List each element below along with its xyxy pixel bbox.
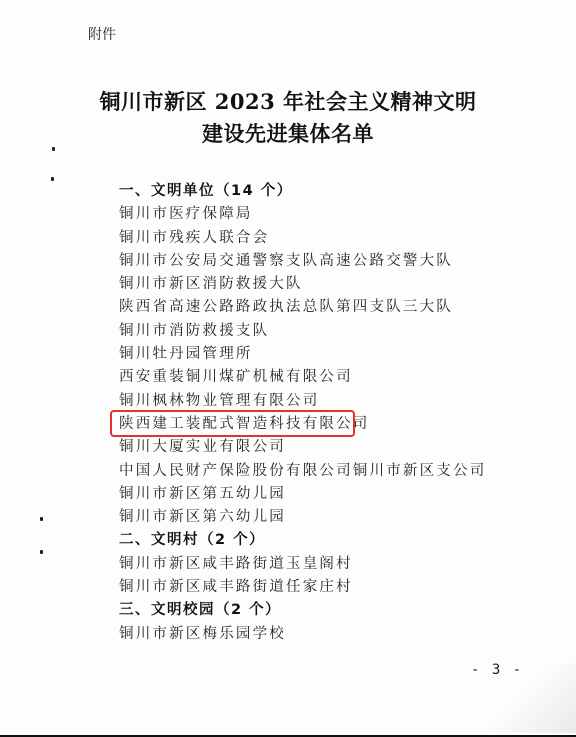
scan-speck [40,550,43,554]
list-item: 铜川市消防救援支队 [119,320,486,343]
section-heading-civilized-villages: 二、文明村（2 个） [119,529,486,552]
list-item: 铜川市新区梅乐园学校 [119,623,486,646]
page-number: - 3 - [471,662,523,678]
section-heading-civilized-units: 一、文明单位（14 个） [119,180,486,203]
document-title-line2: 建设先进集体名单 [0,118,576,148]
section-heading-civilized-campuses: 三、文明校园（2 个） [119,599,486,622]
scan-speck [40,517,43,521]
document-page: 附件 铜川市新区 2023 年社会主义精神文明 建设先进集体名单 一、文明单位（… [0,0,576,737]
list-item: 中国人民财产保险股份有限公司铜川市新区支公司 [119,460,486,483]
list-item: 铜川市新区第五幼儿园 [119,483,486,506]
scan-speck [52,147,55,151]
list-item: 铜川牡丹园管理所 [119,343,486,366]
attachment-label: 附件 [88,24,116,44]
list-item: 铜川市新区第六幼儿园 [119,506,486,529]
document-title-line1: 铜川市新区 2023 年社会主义精神文明 [0,86,576,116]
list-item: 铜川大厦实业有限公司 [119,436,486,459]
list-item: 铜川市残疾人联合会 [119,227,486,250]
scan-speck [51,177,54,181]
list-item: 铜川市医疗保障局 [119,203,486,226]
highlight-box [110,410,355,437]
list-item: 西安重装铜川煤矿机械有限公司 [119,366,486,389]
list-item: 陕西省高速公路路政执法总队第四支队三大队 [119,296,486,319]
list-item: 铜川市公安局交通警察支队高速公路交警大队 [119,250,486,273]
list-item: 铜川市新区消防救援大队 [119,273,486,296]
list-item: 铜川市新区咸丰路街道任家庄村 [119,576,486,599]
list-item: 铜川市新区咸丰路街道玉皇阁村 [119,553,486,576]
